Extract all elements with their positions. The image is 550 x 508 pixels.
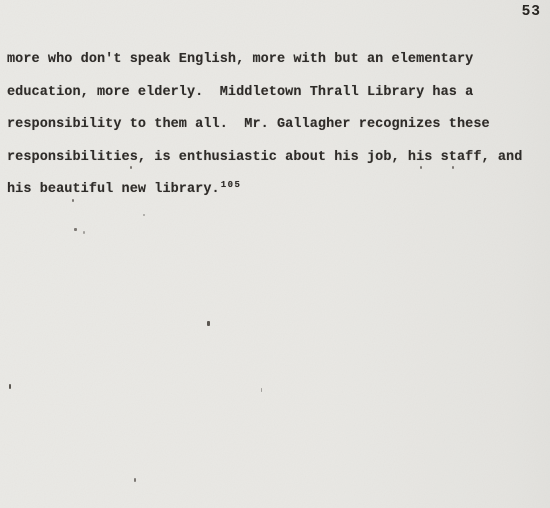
paragraph-line: education, more elderly. Middletown Thra… <box>7 77 522 110</box>
body-paragraph: more who don't speak English, more with … <box>7 44 522 207</box>
scan-speck <box>9 384 11 389</box>
scan-speck <box>83 231 85 234</box>
scan-speck <box>143 214 145 216</box>
paragraph-line: more who don't speak English, more with … <box>7 44 522 77</box>
scan-speck <box>134 478 136 482</box>
scan-speck <box>261 388 262 392</box>
footnote-reference: 105 <box>221 180 242 190</box>
paragraph-line: responsibility to them all. Mr. Gallaghe… <box>7 109 522 142</box>
scan-speck <box>74 228 77 231</box>
paragraph-line-text: his beautiful new library. <box>7 182 220 197</box>
scan-speck <box>207 321 210 326</box>
page-number: 53 <box>522 4 541 20</box>
paragraph-line: his beautiful new library.105 <box>7 174 522 207</box>
paragraph-line: responsibilities, is enthusiastic about … <box>7 142 522 175</box>
scanned-document-page: 53 more who don't speak English, more wi… <box>0 0 550 508</box>
